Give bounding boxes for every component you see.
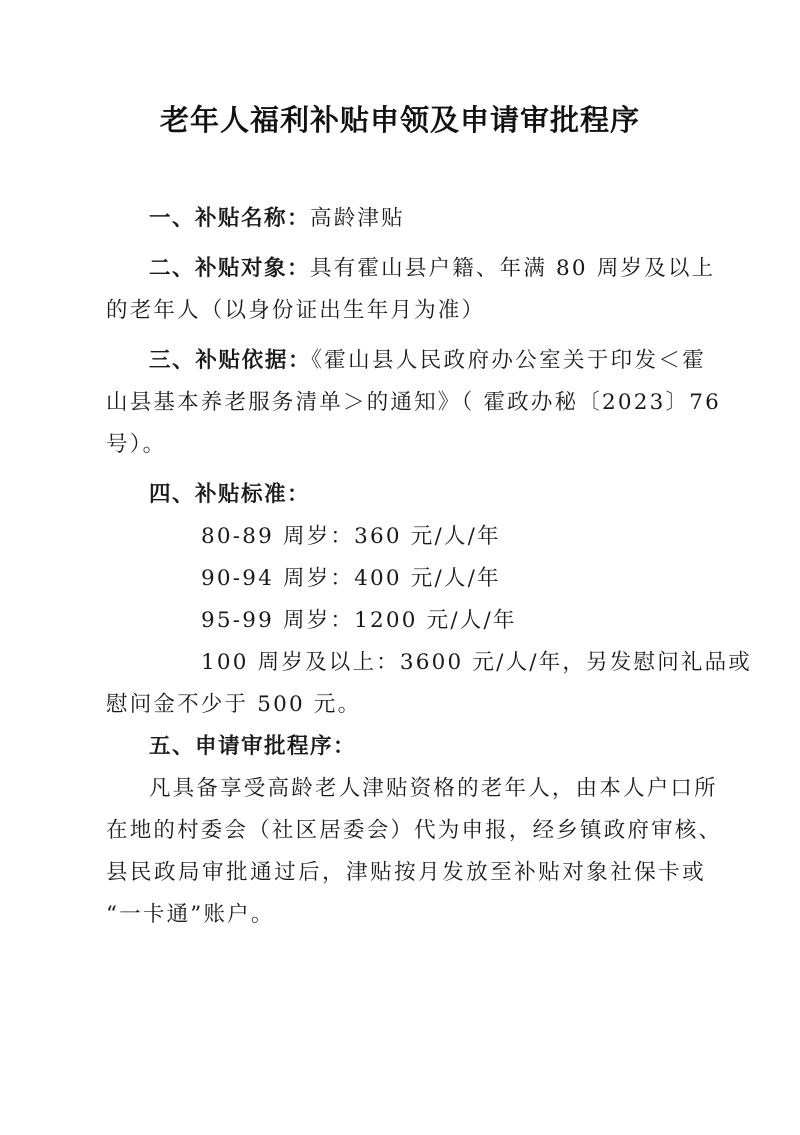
standard-tier: 90-94 周岁：400 元/人/年 bbox=[106, 558, 706, 600]
section-value: 高龄津贴 bbox=[310, 206, 405, 231]
section-subsidy-standard: 四、补贴标准： 80-89 周岁：360 元/人/年 90-94 周岁：400 … bbox=[106, 474, 706, 726]
section-procedure: 凡具备享受高龄老人津贴资格的老年人，由本人户口所 在地的村委会（社区居委会）代为… bbox=[106, 768, 706, 936]
section-subsidy-target: 二、补贴对象：具有霍山县户籍、年满 80 周岁及以上 的老年人（以身份证出生年月… bbox=[106, 248, 706, 332]
paragraph-text: 凡具备享受高龄老人津贴资格的老年人，由本人户口所 bbox=[106, 768, 706, 810]
paragraph-text: “一卡通”账户。 bbox=[106, 894, 706, 936]
paragraph-text: 慰问金不少于 500 元。 bbox=[106, 684, 706, 726]
paragraph-text: 《霍山县人民政府办公室关于印发＜霍 bbox=[311, 348, 706, 373]
standard-tier: 95-99 周岁：1200 元/人/年 bbox=[106, 600, 706, 642]
section-heading: 一、补贴名称： bbox=[149, 206, 310, 231]
paragraph-text: 县民政局审批通过后，津贴按月发放至补贴对象社保卡或 bbox=[106, 852, 706, 894]
paragraph-text: 具有霍山县户籍、年满 80 周岁及以上 bbox=[310, 256, 715, 281]
section-heading: 五、申请审批程序： bbox=[149, 734, 356, 759]
paragraph-text: 号）。 bbox=[106, 424, 706, 466]
paragraph-text: 的老年人（以身份证出生年月为准） bbox=[106, 290, 706, 332]
standard-tier-centenarian: 100 周岁及以上：3600 元/人/年，另发慰问礼品或 bbox=[106, 642, 706, 684]
standard-tier: 80-89 周岁：360 元/人/年 bbox=[106, 516, 706, 558]
document-body: 一、补贴名称：高龄津贴 二、补贴对象：具有霍山县户籍、年满 80 周岁及以上 的… bbox=[106, 198, 706, 936]
section-heading: 二、补贴对象： bbox=[149, 256, 310, 281]
paragraph-text: 山县基本养老服务清单＞的通知》（ 霍政办秘〔2023〕76 bbox=[106, 382, 706, 424]
section-subsidy-basis: 三、补贴依据：《霍山县人民政府办公室关于印发＜霍 山县基本养老服务清单＞的通知》… bbox=[106, 340, 706, 466]
paragraph-text: 在地的村委会（社区居委会）代为申报，经乡镇政府审核、 bbox=[106, 810, 706, 852]
document-title: 老年人福利补贴申领及申请审批程序 bbox=[0, 98, 800, 139]
section-heading: 四、补贴标准： bbox=[149, 482, 310, 507]
section-heading: 三、补贴依据： bbox=[149, 348, 311, 373]
section-subsidy-name: 一、补贴名称：高龄津贴 bbox=[106, 198, 706, 240]
